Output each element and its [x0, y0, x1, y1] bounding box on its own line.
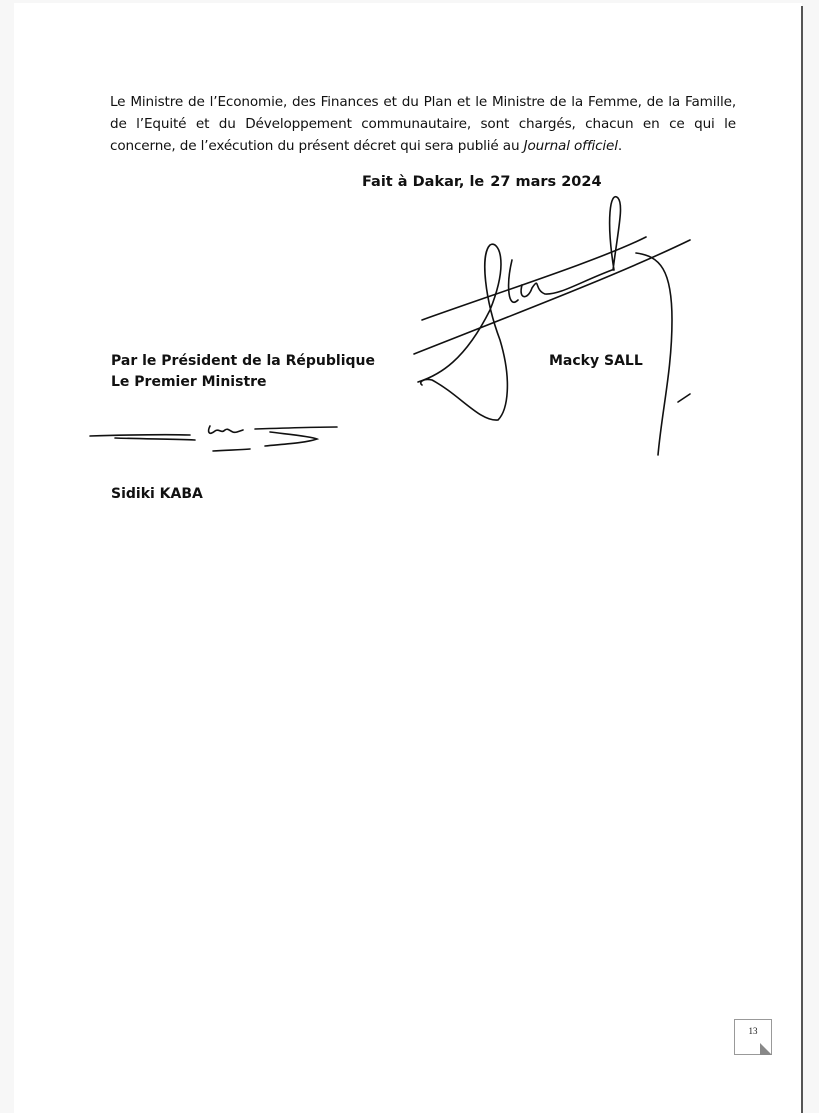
- place-and-date: Fait à Dakar, le27 mars 2024: [362, 174, 602, 190]
- date: 27 mars 2024: [490, 174, 601, 190]
- paragraph-text: Le Ministre de l’Economie, des Finances …: [110, 94, 736, 154]
- prime-minister-signature-icon: [85, 418, 345, 458]
- countersign-president-line: Par le Président de la République: [111, 353, 375, 369]
- place: Fait à Dakar, le: [362, 174, 484, 190]
- closing-paragraph: Le Ministre de l’Economie, des Finances …: [110, 91, 736, 157]
- page-number: 13: [734, 1019, 772, 1055]
- paragraph-end: .: [618, 138, 622, 154]
- countersign-prime-minister-line: Le Premier Ministre: [111, 374, 267, 390]
- journal-officiel-italic: Journal officiel: [524, 138, 618, 154]
- president-signature-icon: [400, 190, 720, 460]
- page-curl-icon: [760, 1043, 772, 1055]
- page-number-value: 13: [749, 1026, 758, 1036]
- prime-minister-name: Sidiki KABA: [111, 486, 203, 502]
- president-name: Macky SALL: [549, 353, 643, 369]
- page-edge-divider: [801, 6, 803, 1113]
- document-page: [14, 3, 802, 1113]
